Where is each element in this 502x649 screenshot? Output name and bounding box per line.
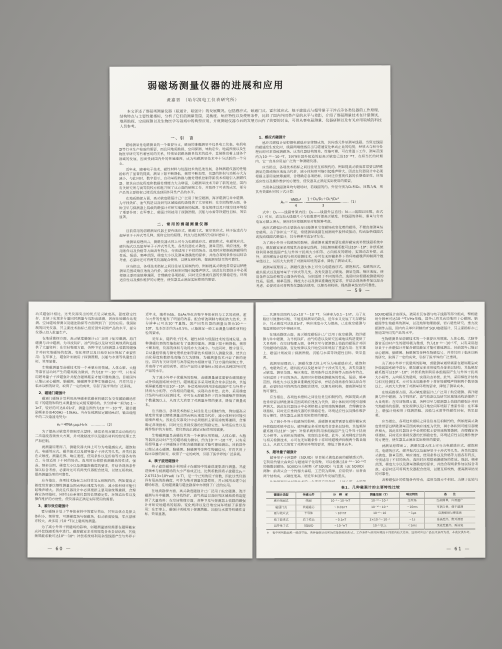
article-title: 弱磁场测量仪器的进展和应用: [147, 77, 382, 92]
body-paragraph: 应当指出，各项技术指标之间往往是互相制约的，例如提高灵敏度常常要以牺牲测量范围或…: [255, 165, 383, 184]
body-paragraph: 为了减小外界干扰磁场的影响，弱磁测量通常需要在磁屏蔽室或补偿线圈系统中进行。磁屏…: [263, 420, 366, 448]
equation-1: Aₑ＝ πND₂² 4 · 1＋D₁/D₂＋D₁²/D₂² 3 ……（1）: [256, 196, 384, 208]
section-heading-instruments: 二、常用的弱磁测量仪器: [119, 221, 247, 227]
body-paragraph: 各种磁强计的性能各有特点，适用范围亦不相同。为便于比较与选用，现将几种主要磁强计…: [375, 478, 478, 482]
page-number-59: — 59 —: [347, 288, 371, 294]
table-cell: SQUID: [296, 523, 321, 529]
body-paragraph: 就测量原理而言，测磁仪器大体上可分为电磁感应式、磁饱和式、电磁效应式、磁共振式以…: [375, 444, 478, 476]
fraction: 1＋D₁/D₂＋D₁²/D₂² 3: [306, 197, 341, 208]
body-paragraph: 为了减小外界干扰磁场的影响，弱磁测量通常需要在磁屏蔽室或补偿线圈系统中进行。磁屏…: [145, 375, 246, 408]
body-paragraph: 应当指出，各项技术指标之间往往是互相制约的，例如提高灵敏度常常要以牺牲测量范围或…: [375, 419, 478, 442]
body-paragraph: 近年来，随着电子技术、磁性材料与低温技术的迅速发展，各种测磁仪器的性能指标有了显…: [145, 337, 246, 374]
table-footnote: ＊ 表中所列数值系一般典型值。各种磁强计的实际性能随结构形式、工作条件与使用环境…: [266, 531, 475, 535]
right-column: 1、感应式磁强计 感应式磁强计是根据电磁感应定律制成的，其传感元件是测量线圈。当…: [255, 132, 383, 290]
left-column: 动式磁强计相比，这类仪器突出的优点是灵敏度高、温度稳定性好，且便于实现多分量同时…: [35, 312, 137, 538]
body-paragraph: 磁通门磁强计是利用高导磁率软磁材料磁芯在交变激励磁场作用下的磁饱和特性来测量恒定…: [35, 397, 136, 420]
body-paragraph: 感应式磁强计的主要缺点是只能测量交变磁场或变化着的磁场，不能直接测量恒定磁场。为…: [256, 225, 384, 239]
body-paragraph: 就测量原理而言，测磁仪器大体上可分为电磁感应式、磁饱和式、电磁效应式、磁共振式以…: [263, 362, 366, 394]
body-paragraph: 就测量原理而言，测磁仪器大体上可分为电磁感应式、磁饱和式、电磁效应式、磁共振式以…: [256, 265, 384, 289]
subsection-heading-induction: 1、感应式磁强计: [255, 134, 383, 140]
body-paragraph: 感应式磁强计是根据电磁感应定律制成的，其传感元件是测量线圈。当穿过线圈的磁通发生…: [255, 140, 383, 164]
journal-page-60: 动式磁强计相比，这类仪器突出的优点是灵敏度高、温度稳定性好，且便于实现多分量同时…: [27, 302, 253, 559]
body-paragraph: 为了减小外界干扰磁场的影响，弱磁测量通常需要在磁屏蔽室或补偿线圈系统中进行。磁屏…: [375, 361, 478, 389]
equation-operator: ·: [304, 200, 305, 205]
page-61-content: ……其测量范围约为2×10⁻⁵～10⁻⁴T，分辨率为0.1～1nT。为了克服信号…: [256, 302, 486, 559]
equation-lhs: Aₑ＝: [281, 200, 289, 205]
body-paragraph: 应当指出，各项技术指标之间往往是互相制约的，例如提高灵敏度常常要以牺牲测量范围或…: [145, 409, 246, 432]
body-paragraph: 在地质勘探方面，高灵敏度磁强计已广泛用于航空磁测、海洋磁测与井中磁测，为寻找铁矿…: [375, 390, 478, 418]
fraction: πND₂² 4: [289, 197, 303, 208]
body-paragraph: ……其测量范围约为2×10⁻⁵～10⁻⁴T，分辨率为0.1～1nT。为了克服信号…: [263, 313, 366, 332]
page-number-61: — 61 —: [446, 546, 470, 552]
body-paragraph: 应当指出，各项技术指标之间往往是互相制约的，例如提高灵敏度常常要以牺牲测量范围或…: [263, 395, 366, 418]
body-paragraph: 在地质勘探方面，高灵敏度磁强计已广泛用于航空磁测、海洋磁测与井中磁测，为寻找铁矿…: [119, 196, 247, 220]
page-60-content: 动式磁强计相比，这类仪器突出的优点是灵敏度高、温度稳定性好，且便于实现多分量同时…: [27, 302, 253, 559]
table-caption: 表1、几种磁强计的主要特性比较: [263, 485, 478, 491]
table-cell: ～10⁻⁵nT: [321, 523, 360, 529]
body-paragraph: 式中：D₁——线圈骨架内径；D₂——线圈外层直径；N——线圈总匝数。由式（1）可…: [256, 210, 384, 224]
page-59-content: 弱磁场测量仪器的进展和应用 黄嘉晋 （哈尔滨电工仪表研究所） 本文评述了弱磁场测…: [109, 65, 391, 299]
body-paragraph: 霍尔磁强计基于半导体材料中的霍尔效应，其突出优点是探头体积小、频带宽，可测梯度场…: [35, 510, 136, 524]
subsection-heading-squid: 5、超导量子磁强计: [263, 449, 366, 454]
body-paragraph: 在地质勘探方面，高灵敏度磁强计已广泛用于航空磁测、海洋磁测与井中磁测，为寻找铁矿…: [145, 489, 246, 517]
body-paragraph: 为了减小外界干扰磁场的影响，弱磁测量通常需要在磁屏蔽室或补偿线圈系统中进行。磁屏…: [35, 525, 136, 538]
subsection-heading-proton: 4、核子旋进磁强计: [145, 459, 246, 464]
body-paragraph: 在地质勘探方面，高灵敏度磁强计已广泛用于航空磁测、海洋磁测与井中磁测，为寻找铁矿…: [263, 332, 366, 360]
table-cell: 10⁻¹⁴以上: [360, 523, 400, 529]
magnetometer-comparison-table: 磁强计类型传感元件分 辨 率测量范围（T）响应特性备 注感应线圈式线圈10⁻⁴～…: [266, 491, 475, 530]
subsection-heading-fluxgate: 2、磁通门磁强计: [35, 391, 136, 396]
body-paragraph: 当用多层线圈测量均匀磁场时，若线圈的内、外径分别为D₁和D₂，匝数为N，则其有效…: [256, 185, 384, 195]
two-column-body: 一、引 言 磁场测量是电磁测量的一个重要分支。磁场的准确测量不仅是电工仪表、电机…: [119, 132, 384, 290]
abstract-paragraph: 本文评述了弱磁场测量仪器（磁通计、磁强计）的发展概况。包括感应式、磁通门式、霍尔…: [120, 108, 382, 129]
right-column: SQUID磁强计由探头、液氦杜瓦容器与电子线路等部分组成，整机磁场分辨率可达10…: [375, 312, 478, 481]
body-paragraph: 动式磁强计相比，这类仪器突出的优点是灵敏度高、温度稳定性好，且便于实现多分量同时…: [35, 312, 136, 335]
table-cell: 超导量子式: [266, 523, 296, 529]
table-row: 超导量子式SQUID～10⁻⁵nT10⁻¹⁴以上＜1ms灵敏度最高，需液氦: [266, 523, 475, 530]
body-paragraph: 近年来，随着InSb、GaAs等化合物半导体材料与工艺的成熟，霍尔元件的性能有了…: [145, 313, 246, 336]
author-line: 黄嘉晋 （哈尔滨电工仪表研究所）: [167, 96, 383, 103]
body-paragraph: 近年来，随着电子技术、磁性材料与低温技术的迅速发展，各种测磁仪器的性能指标有了显…: [119, 167, 247, 195]
body-paragraph: 生物磁测量是弱磁技术的一个重要应用领域。人体心脏、大脑等器官活动时产生的磁场极为…: [263, 480, 366, 482]
right-column: 近年来，随着InSb、GaAs等化合物半导体材料与工艺的成熟，霍尔元件的性能有了…: [145, 313, 247, 539]
body-paragraph: 生物磁测量是弱磁技术的一个重要应用领域。人体心脏、大脑等器官活动时产生的磁场极为…: [375, 337, 478, 360]
left-column: ……其测量范围约为2×10⁻⁵～10⁻⁴T，分辨率为0.1～1nT。为了克服信号…: [263, 313, 366, 482]
two-column-body: ……其测量范围约为2×10⁻⁵～10⁻⁴T，分辨率为0.1～1nT。为了克服信号…: [263, 312, 478, 482]
body-paragraph: 在地质勘探方面，高灵敏度磁强计已广泛用于航空磁测、海洋磁测与井中磁测，为寻找铁矿…: [35, 337, 136, 365]
table-cell: 灵敏度最高，需液氦: [425, 523, 475, 529]
journal-page-61: ……其测量范围约为2×10⁻⁵～10⁻⁴T，分辨率为0.1～1nT。为了克服信号…: [256, 302, 486, 559]
scanned-journal-spread: { "scan": { "background_color": "#9a9996…: [0, 0, 502, 649]
section-heading-intro: 一、引 言: [119, 135, 247, 141]
journal-page-59: 弱磁场测量仪器的进展和应用 黄嘉晋 （哈尔滨电工仪表研究所） 本文评述了弱磁场测…: [109, 65, 391, 299]
table-cell: ＜1ms: [400, 523, 425, 529]
subsection-heading-hall: 3、霍尔效应磁强计: [35, 504, 136, 509]
body-paragraph: 目前常用的弱磁测量仪器主要有感应式、磁通门式、霍尔效应式、核子旋进式与超导量子干…: [119, 229, 247, 239]
body-paragraph: 应当指出，各项技术指标之间往往是互相制约的，例如提高灵敏度常常要以牺牲测量范围或…: [119, 264, 247, 283]
body-paragraph: 应当指出，各项技术指标之间往往是互相制约的，例如提高灵敏度常常要以牺牲测量范围或…: [35, 479, 136, 502]
body-paragraph: 生物磁测量是弱磁技术的一个重要应用领域。人体心脏、大脑等器官活动时产生的磁场极为…: [145, 434, 246, 457]
body-paragraph: 生物磁测量是弱磁技术的一个重要应用领域。人体心脏、大脑等器官活动时产生的磁场极为…: [35, 366, 136, 389]
body-paragraph: 磁场测量是电磁测量的一个重要分支。磁场的准确测量不仅是电工仪表、电机电器等行业生…: [119, 143, 247, 167]
page-number-60: — 60 —: [47, 546, 71, 552]
left-column: 一、引 言 磁场测量是电磁测量的一个重要分支。磁场的准确测量不仅是电工仪表、电机…: [119, 133, 247, 291]
equation-2: e₂＝4fNA·μ₀μᵣH₀·k …………（2）: [35, 422, 136, 427]
equation-number: ……（1）: [341, 200, 358, 205]
body-paragraph: 为了减小外界干扰磁场的影响，弱磁测量通常需要在磁屏蔽室或补偿线圈系统中进行。磁屏…: [256, 241, 384, 265]
body-paragraph: 超导量子干涉器件（SQUID）是目前灵敏度最高的磁敏感元件。它利用约瑟夫森效应与…: [263, 455, 366, 478]
body-paragraph: 就测量原理而言，测磁仪器大体上可分为电磁感应式、磁饱和式、电磁效应式、磁共振式以…: [35, 445, 136, 478]
body-paragraph: SQUID磁强计由探头、液氦杜瓦容器与电子线路等部分组成，整机磁场分辨率可达10…: [375, 312, 478, 335]
body-paragraph: 为了提高灵敏度并抑制零点漂移，通常采用双磁芯差动结构与二次谐波选频放大方案，并对…: [35, 430, 136, 444]
two-column-body: 动式磁强计相比，这类仪器突出的优点是灵敏度高、温度稳定性好，且便于实现多分量同时…: [35, 312, 247, 539]
body-paragraph: 核子旋进磁强计利用质子在磁场中的旋进现象进行测量。其旋进频率与被测磁场的大小严格…: [145, 465, 246, 488]
body-paragraph: 就测量原理而言，测磁仪器大体上可分为电磁感应式、磁饱和式、电磁效应式、磁共振式以…: [119, 239, 247, 263]
